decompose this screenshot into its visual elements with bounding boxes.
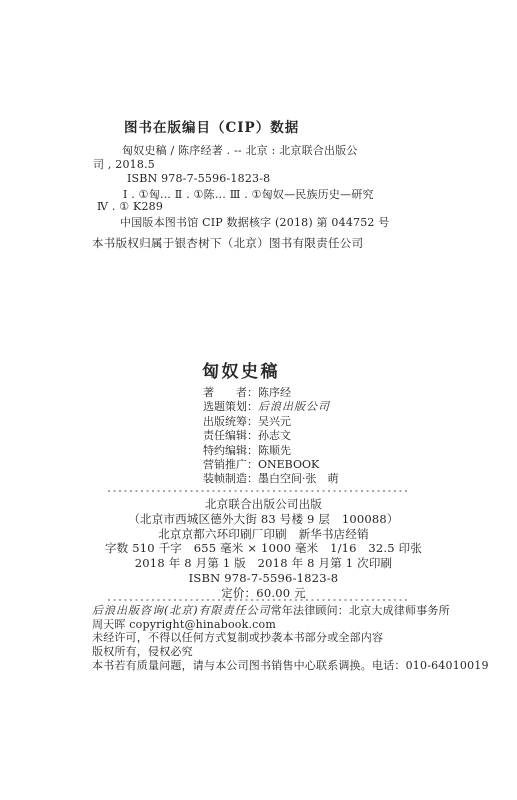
legal-company-name: 后浪出版咨询(北京)有限责任公司 <box>92 604 271 617</box>
legal-block: 后浪出版咨询(北京)有限责任公司常年法律顾问：北京大成律师事务所 周天晖 cop… <box>92 604 489 673</box>
legal-counsel-text: 常年法律顾问：北京大成律师事务所 <box>271 604 450 617</box>
credit-label: 责任编辑： <box>203 429 258 443</box>
cip-citation-line-1: 匈奴史稿 / 陈序经著 . -- 北京 : 北京联合出版公 <box>122 142 358 158</box>
imprint-publisher: 北京联合出版公司出版 <box>10 497 517 512</box>
credit-responsible-editor: 责任编辑：孙志文 <box>203 429 339 443</box>
credit-label: 特约编辑： <box>203 444 258 458</box>
credits-list: 著 者：陈序经 选题策划：后浪出版公司 出版统筹：吴兴元 责任编辑：孙志文 特约… <box>203 386 339 487</box>
credit-value: ONEBOOK <box>258 458 319 471</box>
imprint-printer-distributor: 北京京都六环印刷厂印刷 新华书店经销 <box>10 527 517 542</box>
rights-ownership-note: 本书版权归属于银杏树下（北京）图书有限责任公司 <box>92 235 363 251</box>
imprint-address: （北京市西城区德外大街 83 号楼 9 层 100088） <box>10 512 517 527</box>
credit-contributing-editor: 特约编辑：陈顺先 <box>203 444 339 458</box>
credit-value: 墨白空间·张 萌 <box>258 472 339 485</box>
legal-all-rights-reserved: 版权所有，侵权必究 <box>92 645 489 659</box>
credit-planning: 选题策划：后浪出版公司 <box>203 400 339 414</box>
cip-classification-line-2: Ⅳ . ① K289 <box>97 200 163 213</box>
credit-label: 著 者： <box>203 386 258 400</box>
cip-registration-number: 中国版本图书馆 CIP 数据核字 (2018) 第 044752 号 <box>120 214 390 230</box>
credit-marketing: 营销推广：ONEBOOK <box>203 458 339 472</box>
cip-citation-line-2: 司 , 2018.5 <box>93 156 155 172</box>
legal-contact-email: 周天晖 copyright@hinabook.com <box>92 618 489 632</box>
credit-label: 出版统筹： <box>203 415 258 429</box>
cip-header: 图书在版编目（CIP）数据 <box>124 116 299 136</box>
cip-isbn: ISBN 978-7-5596-1823-8 <box>127 172 270 185</box>
credit-publishing-coordinator: 出版统筹：吴兴元 <box>203 415 339 429</box>
imprint-specs: 字数 510 千字 655 毫米 × 1000 毫米 1/16 32.5 印张 <box>10 541 517 556</box>
legal-quality-hotline: 本书若有质量问题，请与本公司图书销售中心联系调换。电话：010-64010019 <box>92 659 489 673</box>
imprint-edition: 2018 年 8 月第 1 版 2018 年 8 月第 1 次印刷 <box>10 556 517 571</box>
credit-label: 装帧制造： <box>203 472 258 486</box>
imprint-isbn: ISBN 978-7-5596-1823-8 <box>10 571 517 586</box>
credit-label: 营销推广： <box>203 458 258 472</box>
credit-value: 陈序经 <box>258 386 291 399</box>
dashed-divider-bottom <box>108 599 410 601</box>
copyright-page: 图书在版编目（CIP）数据 匈奴史稿 / 陈序经著 . -- 北京 : 北京联合… <box>0 0 517 800</box>
credit-author: 著 者：陈序经 <box>203 386 339 400</box>
credit-value: 陈顺先 <box>258 444 291 457</box>
book-title: 匈奴史稿 <box>202 357 280 382</box>
credit-value: 孙志文 <box>258 429 291 442</box>
legal-no-copying-notice: 未经许可，不得以任何方式复制或抄袭本书部分或全部内容 <box>92 631 489 645</box>
credit-label: 选题策划： <box>203 400 258 414</box>
credit-value: 后浪出版公司 <box>258 400 330 413</box>
credit-value: 吴兴元 <box>258 415 291 428</box>
legal-counsel-line: 后浪出版咨询(北京)有限责任公司常年法律顾问：北京大成律师事务所 <box>92 604 489 618</box>
dashed-divider-top <box>108 490 410 492</box>
imprint-block: 北京联合出版公司出版 （北京市西城区德外大街 83 号楼 9 层 100088）… <box>10 497 517 601</box>
credit-design: 装帧制造：墨白空间·张 萌 <box>203 472 339 486</box>
